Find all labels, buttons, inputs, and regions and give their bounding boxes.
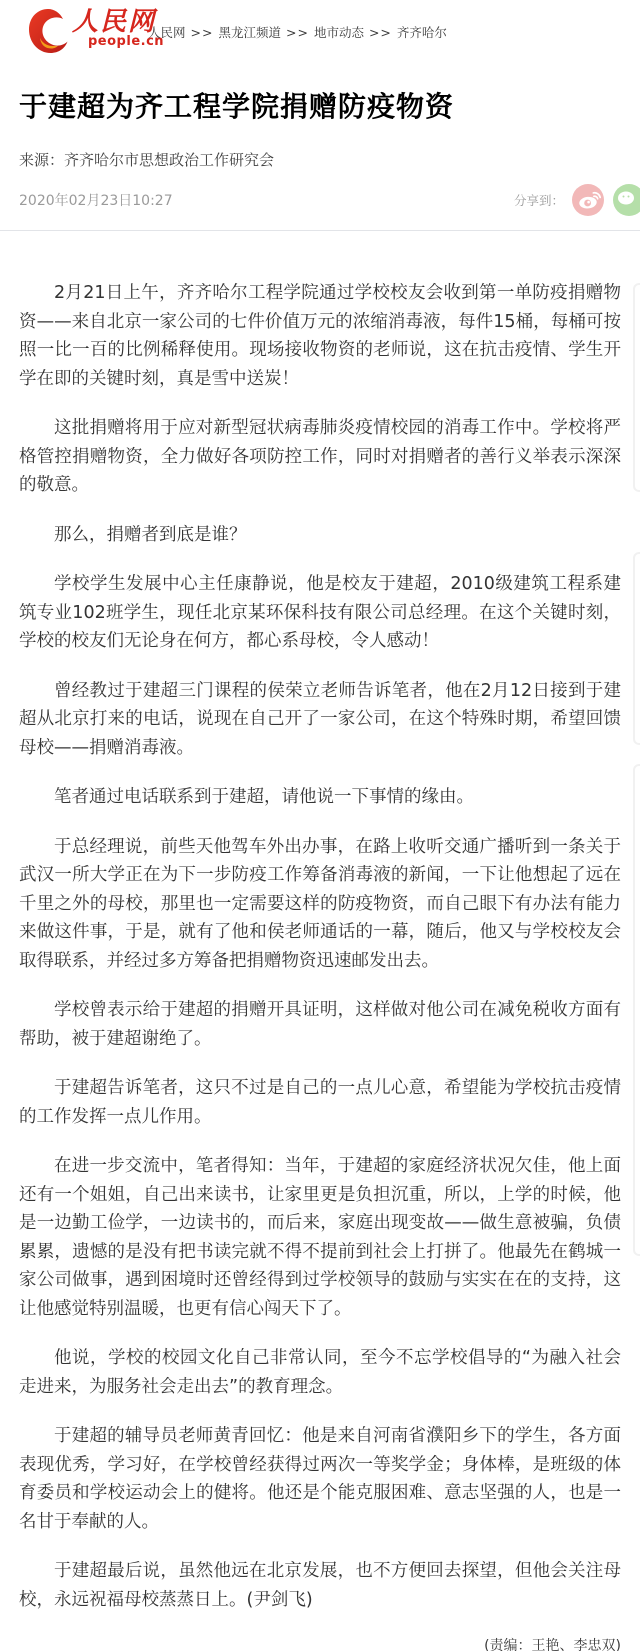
paragraph: 那么，捐赠者到底是谁？ (19, 521, 621, 550)
source-link[interactable]: 齐齐哈尔市思想政治工作研究会 (64, 151, 274, 169)
share-label: 分享到： (514, 191, 564, 209)
paragraph: 于建超的辅导员老师黄青回忆：他是来自河南省濮阳乡下的学生，各方面表现优秀，学习好… (19, 1422, 621, 1536)
right-edge-cut-box (633, 764, 640, 1256)
breadcrumb-link-people[interactable]: 人民网 (148, 25, 186, 40)
breadcrumb-link-channel[interactable]: 黑龙江频道 (218, 25, 281, 40)
paragraph: 在进一步交流中，笔者得知：当年，于建超的家庭经济状况欠佳，他上面还有一个姐姐，自… (19, 1152, 621, 1323)
breadcrumb-separator: >> (191, 25, 214, 40)
breadcrumb-link-city[interactable]: 齐齐哈尔 (397, 25, 447, 40)
weibo-share-icon[interactable] (572, 184, 604, 216)
paragraph: 笔者通过电话联系到于建超，请他说一下事情的缘由。 (19, 783, 621, 812)
paragraph: 学校曾表示给于建超的捐赠开具证明，这样做对他公司在减免税收方面有帮助，被于建超谢… (19, 996, 621, 1053)
publish-date: 2020年02月23日10:27 (19, 190, 173, 210)
breadcrumb-link-section[interactable]: 地市动态 (314, 25, 364, 40)
people-logo-swirl-icon (27, 7, 69, 59)
paragraph: 于建超最后说，虽然他远在北京发展，也不方便回去探望，但他会关注母校，永远祝福母校… (19, 1557, 621, 1614)
paragraph: 他说，学校的校园文化自己非常认同，至今不忘学校倡导的“为融入社会走进来，为服务社… (19, 1344, 621, 1401)
breadcrumb-separator: >> (369, 25, 392, 40)
paragraph: 于总经理说，前些天他驾车外出办事，在路上收听交通广播听到一条关于武汉一所大学正在… (19, 833, 621, 976)
share-bar: 分享到： (514, 184, 621, 216)
wechat-share-icon[interactable] (613, 184, 640, 216)
paragraph: 曾经教过于建超三门课程的侯荣立老师告诉笔者，他在2月12日接到于建超从北京打来的… (19, 677, 621, 763)
editor-credit: (责编：王艳、李忠双) (19, 1635, 621, 1651)
paragraph: 2月21日上午，齐齐哈尔工程学院通过学校校友会收到第一单防疫捐赠物资——来自北京… (19, 279, 621, 393)
source-label: 来源： (19, 151, 64, 169)
paragraph: 这批捐赠将用于应对新型冠状病毒肺炎疫情校园的消毒工作中。学校将严格管控捐赠物资，… (19, 414, 621, 500)
article-main: 于建超为齐工程学院捐赠防疫物资 来源：齐齐哈尔市思想政治工作研究会 2020年0… (0, 62, 640, 1651)
breadcrumb: 人民网>>黑龙江频道>>地市动态>>齐齐哈尔 (148, 23, 447, 41)
people-logo[interactable]: 人民网 people.cn (27, 7, 164, 59)
breadcrumb-separator: >> (286, 25, 309, 40)
article-title: 于建超为齐工程学院捐赠防疫物资 (0, 62, 640, 126)
paragraph: 学校学生发展中心主任康静说，他是校友于建超，2010级建筑工程系建筑专业102班… (19, 570, 621, 656)
right-edge-cut-box (633, 552, 640, 745)
article-meta-row: 2020年02月23日10:27 分享到： (0, 182, 640, 218)
article-source-row: 来源：齐齐哈尔市思想政治工作研究会 (19, 149, 621, 170)
site-header: 人民网 people.cn 人民网>>黑龙江频道>>地市动态>>齐齐哈尔 (0, 0, 640, 62)
paragraph: 于建超告诉笔者，这只不过是自己的一点儿心意，希望能为学校抗击疫情的工作发挥一点儿… (19, 1074, 621, 1131)
right-edge-cut-box (633, 283, 640, 492)
article-page: 人民网 people.cn 人民网>>黑龙江频道>>地市动态>>齐齐哈尔 于建超… (0, 0, 640, 1651)
article-body: 2月21日上午，齐齐哈尔工程学院通过学校校友会收到第一单防疫捐赠物资——来自北京… (0, 231, 640, 1614)
